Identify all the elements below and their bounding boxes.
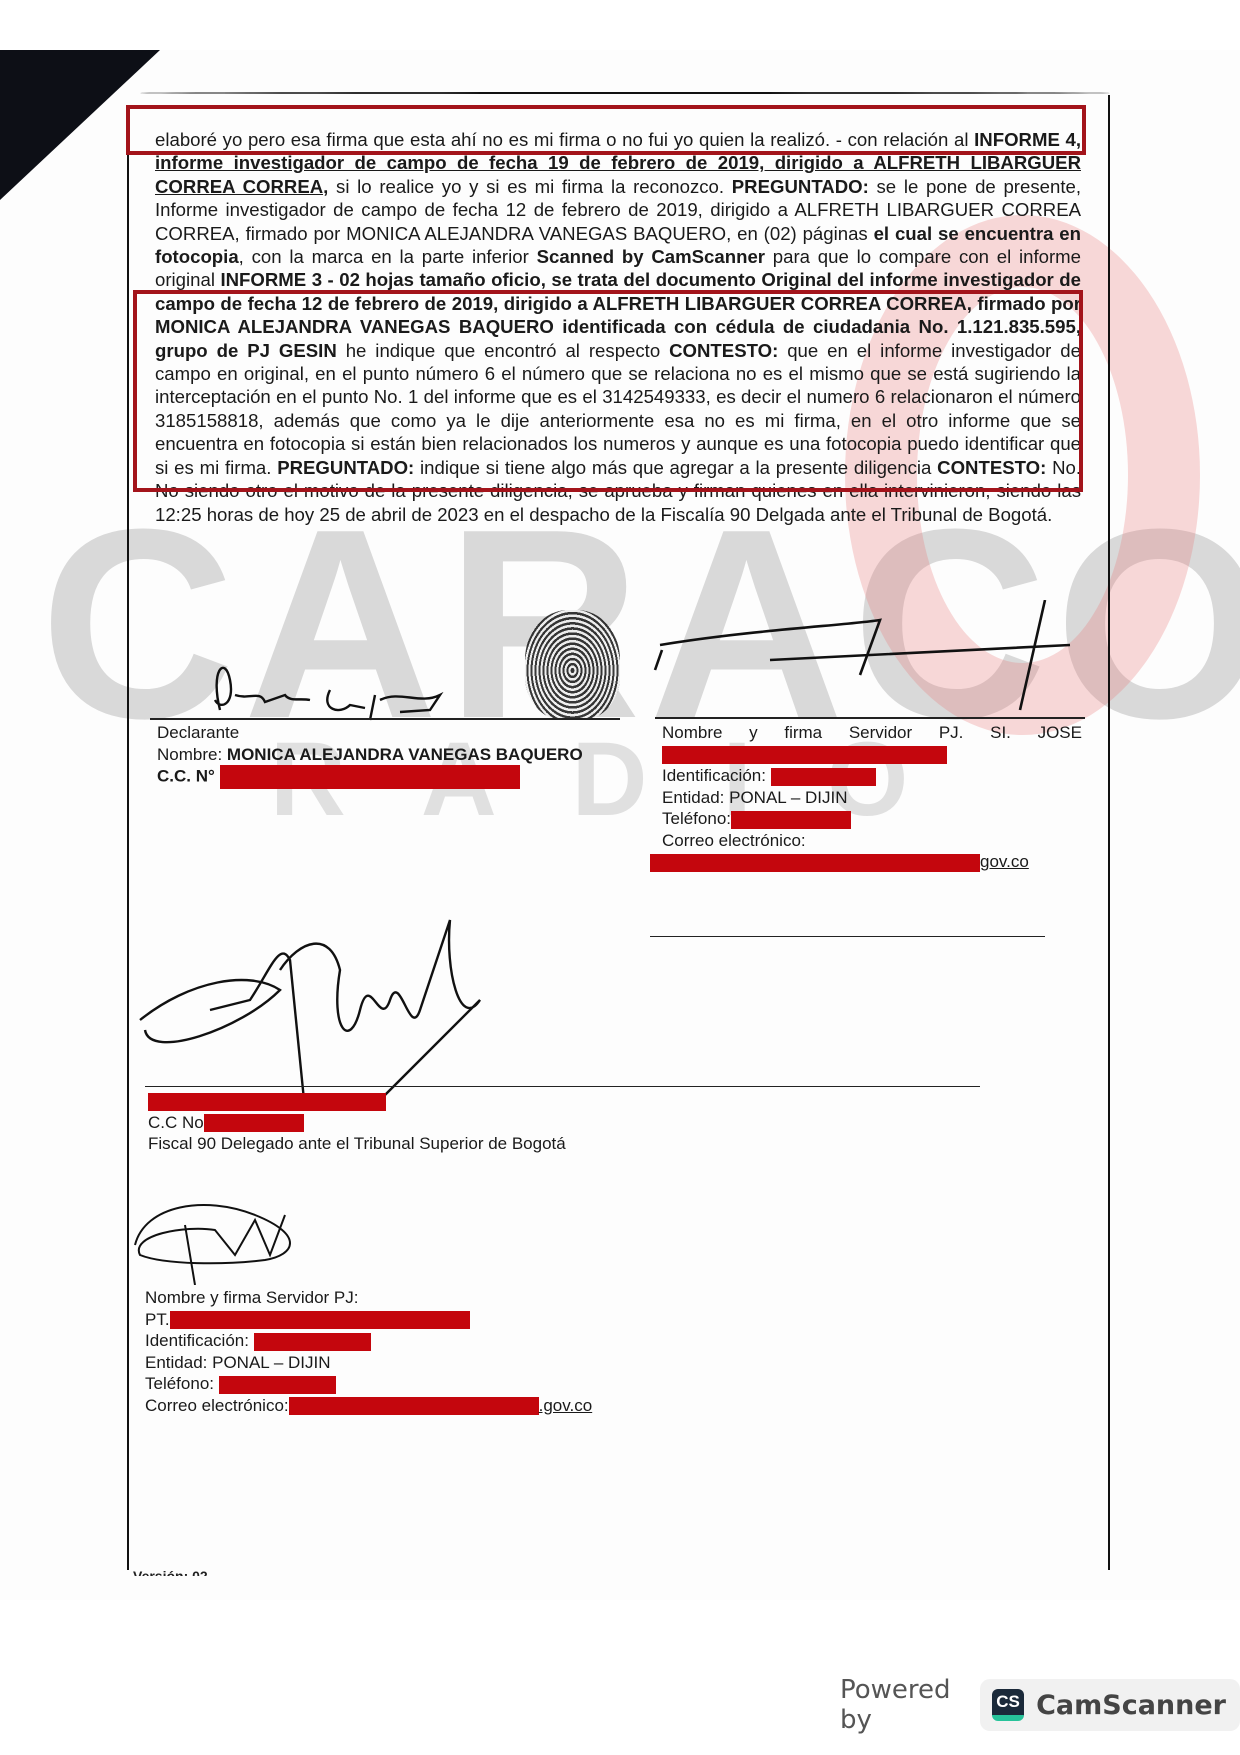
camscanner-brand: CamScanner bbox=[1036, 1690, 1226, 1721]
fiscal-block: C.C No Fiscal 90 Delegado ante el Tribun… bbox=[148, 1090, 566, 1155]
servidor-2-signature bbox=[125, 1185, 335, 1285]
email-domain: .gov.co bbox=[539, 1396, 593, 1415]
redacted-cc bbox=[220, 765, 520, 789]
version-label: Versión: 02 bbox=[133, 1568, 208, 1576]
redacted-id bbox=[254, 1333, 371, 1351]
fiscal-signature bbox=[130, 910, 510, 1120]
declarante-role: Declarante bbox=[157, 722, 583, 744]
redacted-name bbox=[662, 746, 947, 764]
paragraph-segment: INFORME 4, bbox=[974, 129, 1081, 150]
paragraph-segment: CONTESTO: bbox=[669, 340, 778, 361]
redacted-phone bbox=[731, 811, 851, 829]
paragraph-segment: si lo realice yo y si es mi firma la rec… bbox=[328, 176, 731, 197]
declarante-name: MONICA ALEJANDRA VANEGAS BAQUERO bbox=[227, 745, 583, 764]
servidor-1-title: Nombre y firma Servidor PJ. SI. JOSE bbox=[662, 722, 1082, 744]
redacted-email bbox=[650, 854, 980, 872]
servidor-1-signature bbox=[650, 600, 1090, 720]
redacted-name bbox=[170, 1311, 470, 1329]
fingerprint bbox=[525, 610, 620, 720]
declarante-signature-line bbox=[150, 718, 620, 720]
declaration-paragraph: elaboré yo pero esa firma que esta ahí n… bbox=[155, 128, 1081, 526]
servidor-2-title: Nombre y firma Servidor PJ: bbox=[145, 1287, 592, 1309]
redacted-fiscal-name bbox=[148, 1093, 386, 1111]
paragraph-segment: PREGUNTADO: bbox=[277, 457, 414, 478]
servidor-2-entity: Entidad: PONAL – DIJIN bbox=[145, 1352, 592, 1374]
fiscal-signature-line bbox=[145, 1086, 980, 1087]
declarante-cc-row: C.C. N° bbox=[157, 765, 583, 789]
page-border-left bbox=[127, 105, 129, 1570]
servidor-2-block: Nombre y firma Servidor PJ: PT. Identifi… bbox=[145, 1287, 592, 1416]
email-domain: gov.co bbox=[980, 852, 1029, 871]
page-border-top bbox=[140, 92, 1110, 94]
servidor-1-entity: Entidad: PONAL – DIJIN bbox=[662, 787, 1082, 809]
camscanner-footer: Powered by CS CamScanner bbox=[840, 1675, 1240, 1735]
paragraph-segment: Scanned by CamScanner bbox=[537, 246, 765, 267]
declarante-block: Declarante Nombre: MONICA ALEJANDRA VANE… bbox=[157, 722, 583, 789]
declaration-body: elaboré yo pero esa firma que esta ahí n… bbox=[155, 128, 1081, 526]
paragraph-segment: PREGUNTADO: bbox=[732, 176, 869, 197]
powered-by-text: Powered by bbox=[840, 1675, 962, 1735]
paragraph-segment: CONTESTO: bbox=[937, 457, 1046, 478]
redacted-email bbox=[289, 1397, 539, 1415]
camscanner-logo-icon: CS bbox=[992, 1689, 1024, 1721]
paragraph-segment: elaboré yo pero esa firma que esta ahí n… bbox=[155, 129, 974, 150]
paragraph-segment: he indique que encontró al respecto bbox=[337, 340, 669, 361]
scan-shadow-corner bbox=[0, 50, 160, 200]
blank-signature-line bbox=[650, 936, 1045, 937]
camscanner-badge[interactable]: CS CamScanner bbox=[980, 1679, 1240, 1731]
fiscal-title: Fiscal 90 Delegado ante el Tribunal Supe… bbox=[148, 1133, 566, 1155]
redacted-fiscal-cc bbox=[204, 1114, 304, 1132]
declarante-name-row: Nombre: MONICA ALEJANDRA VANEGAS BAQUERO bbox=[157, 744, 583, 766]
redacted-phone bbox=[219, 1376, 336, 1394]
page-border-right bbox=[1108, 95, 1110, 1570]
paragraph-segment: indique si tiene algo más que agregar a … bbox=[414, 457, 937, 478]
redacted-id bbox=[771, 768, 876, 786]
paragraph-segment: , con la marca en la parte inferior bbox=[239, 246, 537, 267]
servidor-1-block: Nombre y firma Servidor PJ. SI. JOSE Ide… bbox=[662, 722, 1082, 873]
servidor-1-signature-line bbox=[655, 717, 1085, 719]
